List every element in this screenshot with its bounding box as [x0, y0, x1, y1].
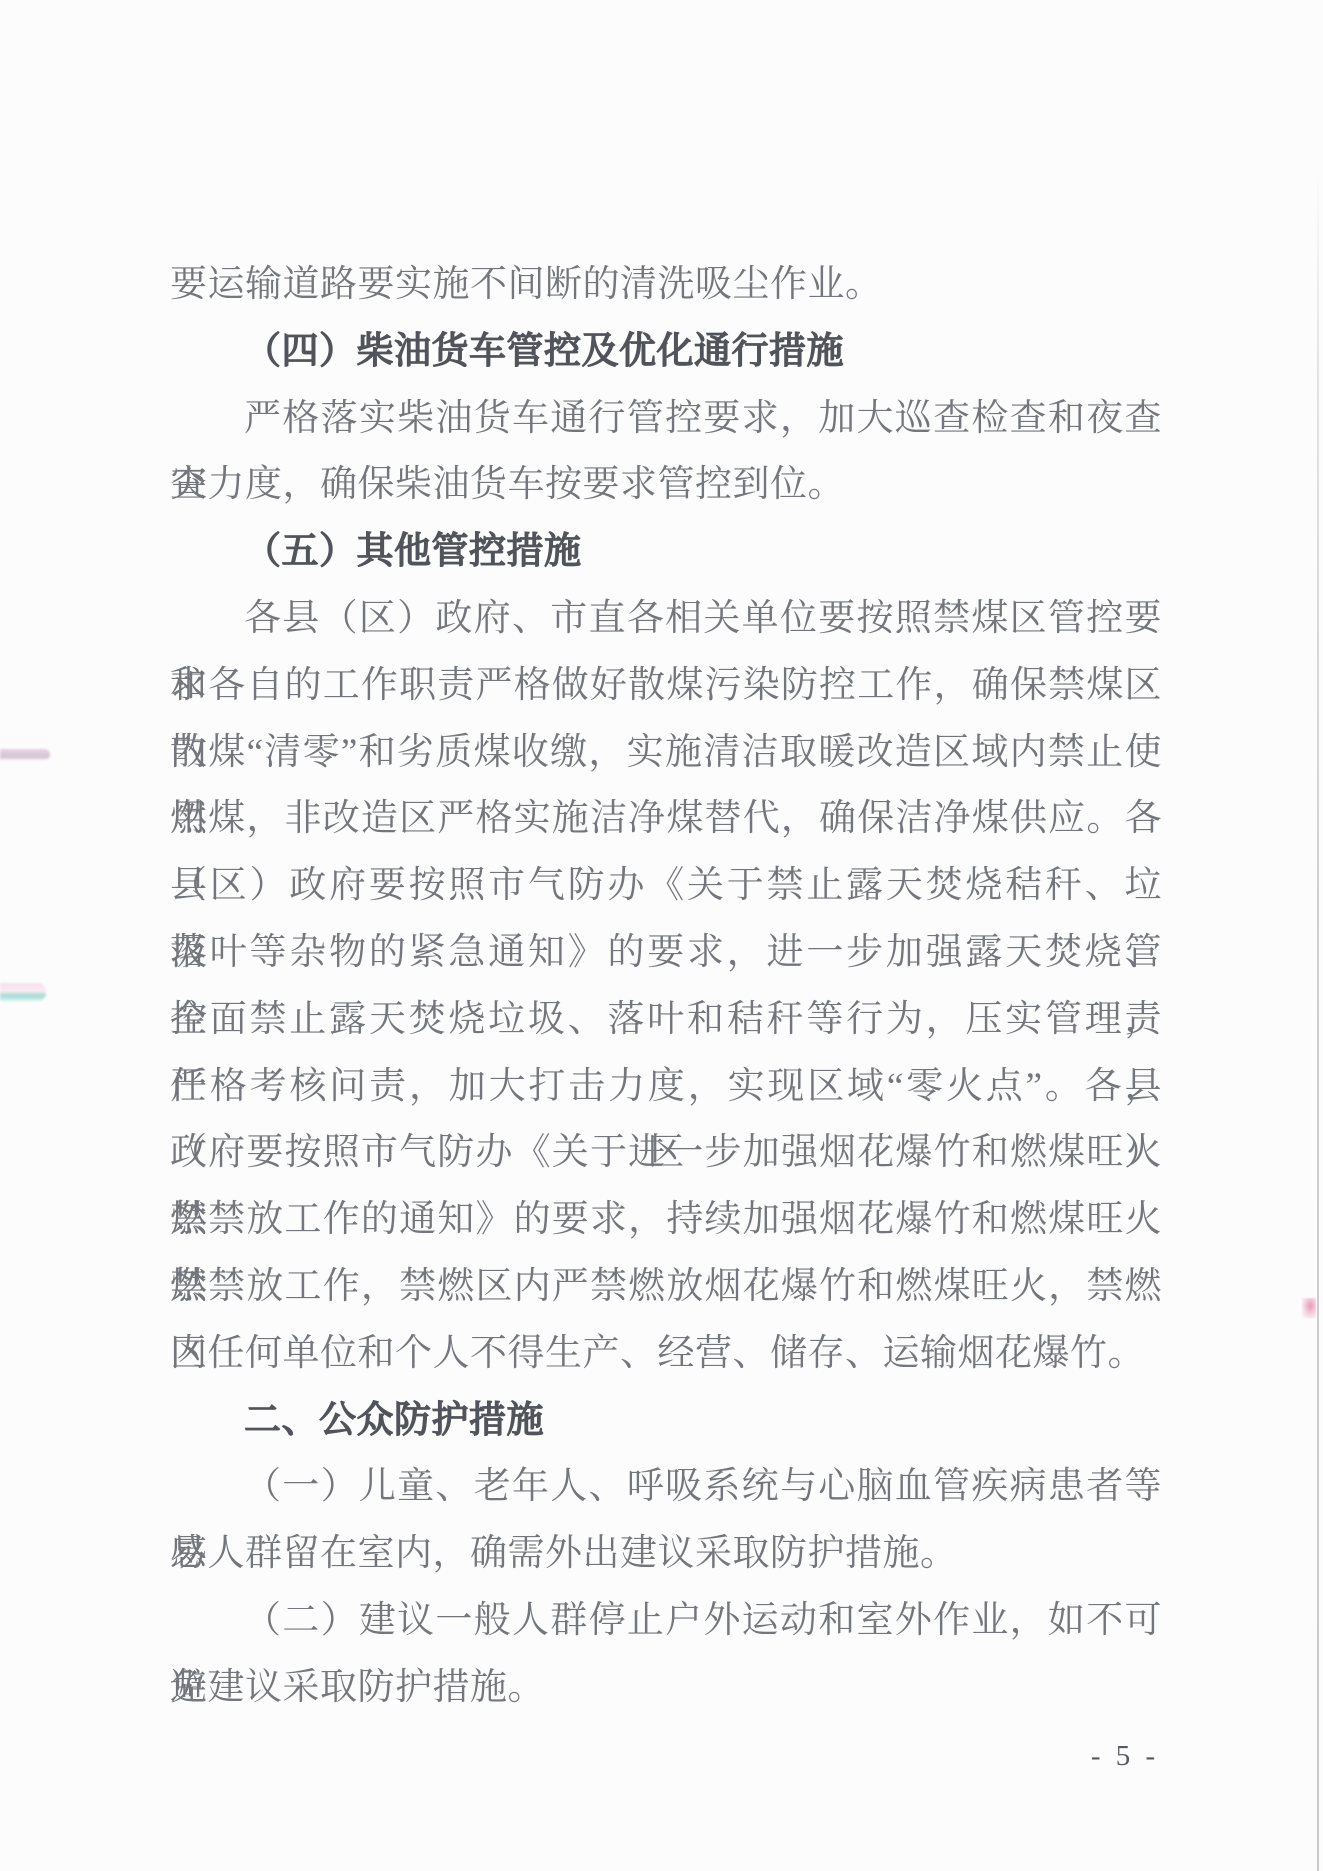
document-line: 和各自的工作职责严格做好散煤污染防控工作，确保禁煤区内 [170, 653, 1162, 720]
document-line: （二）建议一般人群停止户外运动和室外作业，如不可避 [170, 1588, 1162, 1655]
document-line: 严格考核问责，加大打击力度，实现区域“零火点”。各县（区） [170, 1054, 1162, 1121]
document-line: 落叶等杂物的紧急通知》的要求，进一步加强露天焚烧管控， [170, 920, 1162, 987]
section-heading-public-protection: 二、公众防护措施 [170, 1388, 1162, 1455]
scanned-document-page: 要运输道路要实施不间断的清洗吸尘作业。 （四）柴油货车管控及优化通行措施 严格落… [0, 0, 1323, 1871]
document-line: 政府要按照市气防办《关于进一步加强烟花爆竹和燃煤旺火禁 [170, 1120, 1162, 1187]
scan-artifact-teal-left [0, 983, 46, 1001]
section-heading-4: （四）柴油货车管控及优化通行措施 [170, 319, 1162, 386]
document-line: 燃禁放工作的通知》的要求，持续加强烟花爆竹和燃煤旺火禁 [170, 1187, 1162, 1254]
document-line: 严格落实柴油货车通行管控要求，加大巡查检查和夜查突 [170, 386, 1162, 453]
page-number: - 5 - [1070, 1738, 1180, 1774]
document-line: 要运输道路要实施不间断的清洗吸尘作业。 [170, 252, 1162, 319]
document-line: （一）儿童、老年人、呼吸系统与心脑血管疾病患者等易 [170, 1454, 1162, 1521]
document-line: 全面禁止露天焚烧垃圾、落叶和秸秆等行为，压实管理责任， [170, 987, 1162, 1054]
document-line: 燃煤，非改造区严格实施洁净煤替代，确保洁净煤供应。各县 [170, 786, 1162, 853]
document-line: 散煤“清零”和劣质煤收缴，实施清洁取暖改造区域内禁止使用 [170, 720, 1162, 787]
scan-edge-line [1317, 170, 1319, 1871]
document-line: 查力度，确保柴油货车按要求管控到位。 [170, 452, 1162, 519]
document-line: 燃禁放工作，禁燃区内严禁燃放烟花爆竹和燃煤旺火，禁燃区 [170, 1254, 1162, 1321]
document-line: 各县（区）政府、市直各相关单位要按照禁煤区管控要求 [170, 586, 1162, 653]
document-line: 免建议采取防护措施。 [170, 1655, 1162, 1722]
document-body: 要运输道路要实施不间断的清洗吸尘作业。 （四）柴油货车管控及优化通行措施 严格落… [170, 252, 1162, 1722]
document-line: 内任何单位和个人不得生产、经营、储存、运输烟花爆竹。 [170, 1321, 1162, 1388]
section-heading-5: （五）其他管控措施 [170, 519, 1162, 586]
document-line: 感人群留在室内，确需外出建议采取防护措施。 [170, 1521, 1162, 1588]
scan-artifact-pink-left [0, 749, 50, 760]
scan-artifact-pink-right [1302, 1298, 1316, 1318]
document-line: （区）政府要按照市气防办《关于禁止露天焚烧秸秆、垃圾、 [170, 853, 1162, 920]
